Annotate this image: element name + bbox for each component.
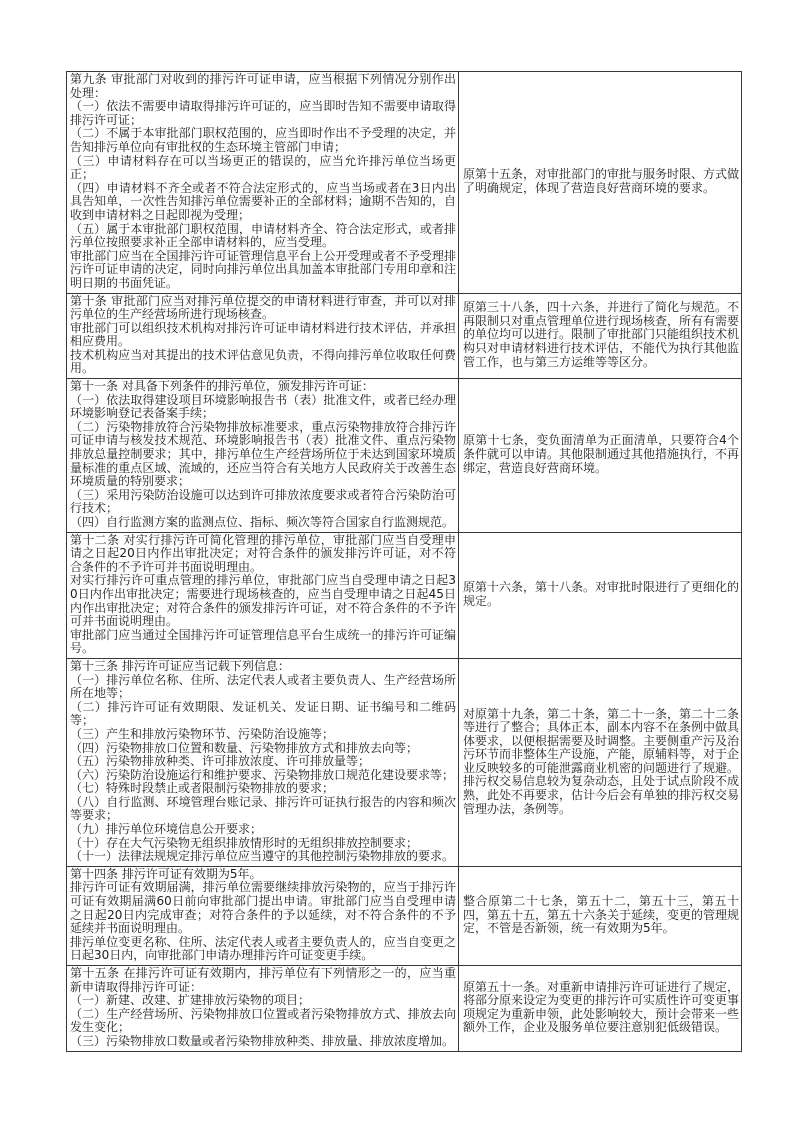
article-paragraph: 审批部门应当通过全国排污许可证管理信息平台生成统一的排污许可证编号。 — [70, 629, 456, 656]
article-paragraph: （四）申请材料不齐全或者不符合法定形式的，应当当场或者在3日内出具告知单，一次性… — [70, 182, 456, 223]
comment-cell: 原第十六条，第十八条。对审批时限进行了更细化的规定。 — [459, 532, 742, 658]
article-paragraph: （一）依法取得建设项目环境影响报告书（表）批准文件，或者已经办理环境影响登记表备… — [70, 394, 456, 421]
article-paragraph: （二）生产经营场所、污染物排放口位置或者污染物排放方式、排放去向发生变化； — [70, 1008, 456, 1035]
article-paragraph: 技术机构应当对其提出的技术评估意见负责，不得向排污单位收取任何费用。 — [70, 349, 456, 376]
comment-text: 整合原第二十七条，第五十二，第五十三，第五十四，第五十五，第五十六条关于延续，变… — [463, 895, 739, 936]
comment-cell: 原第十七条，变负面清单为正面清单，只要符合4个条件就可以申请。其他限制通过其他措… — [459, 379, 742, 533]
comment-text: 原第五十一条。对重新申请排污许可证进行了规定，将部分原来设定为变更的排污许可实质… — [463, 981, 739, 1035]
article-paragraph: （二）不属于本审批部门职权范围的，应当即时作出不予受理的决定，并告知排污单位向有… — [70, 127, 456, 154]
article-paragraph: 排污单位变更名称、住所、法定代表人或者主要负责人的，应当自变更之日起30日内，向… — [70, 936, 456, 963]
article-paragraph: 审批部门可以组织技术机构对排污许可证申请材料进行技术评估，并承担相应费用。 — [70, 322, 456, 349]
comment-text: 原第十六条，第十八条。对审批时限进行了更细化的规定。 — [463, 581, 739, 608]
article-paragraph: （三）采用污染防治设施可以达到许可排放浓度要求或者符合污染防治可行技术； — [70, 489, 456, 516]
article-paragraph: （四）自行监测方案的监测点位、指标、频次等符合国家自行监测规范。 — [70, 516, 456, 530]
article-paragraph: （三）污染物排放口数量或者污染物排放种类、排放量、排放浓度增加。 — [70, 1035, 456, 1049]
article-paragraph: （七）特殊时段禁止或者限制污染物排放的要求； — [70, 782, 456, 796]
article-paragraph: 审批部门应当在全国排污许可证管理信息平台上公开受理或者不予受理排污许可证申请的决… — [70, 250, 456, 291]
article-paragraph: （五）污染物排放种类、许可排放浓度、许可排放量等； — [70, 755, 456, 769]
comment-cell: 整合原第二十七条，第五十二，第五十三，第五十四，第五十五，第五十六条关于延续，变… — [459, 866, 742, 965]
article-paragraph: （二）污染物排放符合污染物排放标准要求，重点污染物排放符合排污许可证申请与核发技… — [70, 421, 456, 489]
comment-text: 原第十七条，变负面清单为正面清单，只要符合4个条件就可以申请。其他限制通过其他措… — [463, 434, 739, 475]
article-cell: 第十条 审批部门应当对排污单位提交的申请材料进行审查，并可以对排污单位的生产经营… — [67, 293, 459, 379]
article-paragraph: 对实行排污许可重点管理的排污单位，审批部门应当自受理申请之日起30日内作出审批决… — [70, 574, 456, 628]
table-row: 第十二条 对实行排污许可简化管理的排污单位，审批部门应当自受理申请之日起20日内… — [67, 532, 742, 658]
comment-text: 原第三十八条，四十六条，并进行了简化与规范。不再限制只对重点管理单位进行现场核查… — [463, 301, 739, 369]
article-paragraph: 第十条 审批部门应当对排污单位提交的申请材料进行审查，并可以对排污单位的生产经营… — [70, 295, 456, 322]
article-cell: 第十三条 排污许可证应当记载下列信息：（一）排污单位名称、住所、法定代表人或者主… — [67, 658, 459, 866]
table-row: 第十四条 排污许可证有效期为5年。排污许可证有效期届满，排污单位需要继续排放污染… — [67, 866, 742, 965]
article-paragraph: （九）排污单位环境信息公开要求； — [70, 823, 456, 837]
comment-cell: 原第五十一条。对重新申请排污许可证进行了规定，将部分原来设定为变更的排污许可实质… — [459, 966, 742, 1052]
article-paragraph: （八）自行监测、环境管理台账记录、排污许可证执行报告的内容和频次等要求； — [70, 796, 456, 823]
article-paragraph: 第十五条 在排污许可证有效期内，排污单位有下列情形之一的，应当重新申请取得排污许… — [70, 967, 456, 994]
article-paragraph: 第十一条 对具备下列条件的排污单位，颁发排污许可证： — [70, 380, 456, 394]
table-row: 第十三条 排污许可证应当记载下列信息：（一）排污单位名称、住所、法定代表人或者主… — [67, 658, 742, 866]
article-paragraph: （一）依法不需要申请取得排污许可证的，应当即时告知不需要申请取得排污许可证； — [70, 100, 456, 127]
article-cell: 第十四条 排污许可证有效期为5年。排污许可证有效期届满，排污单位需要继续排放污染… — [67, 866, 459, 965]
article-cell: 第十一条 对具备下列条件的排污单位，颁发排污许可证：（一）依法取得建设项目环境影… — [67, 379, 459, 533]
article-paragraph: （一）排污单位名称、住所、法定代表人或者主要负责人、生产经营场所所在地等； — [70, 674, 456, 701]
article-paragraph: （三）申请材料存在可以当场更正的错误的，应当允许排污单位当场更正； — [70, 155, 456, 182]
article-paragraph: （二）排污许可证有效期限、发证机关、发证日期、证书编号和二维码等； — [70, 701, 456, 728]
article-cell: 第十五条 在排污许可证有效期内，排污单位有下列情形之一的，应当重新申请取得排污许… — [67, 966, 459, 1052]
article-paragraph: （十一）法律法规规定排污单位应当遵守的其他控制污染物排放的要求。 — [70, 850, 456, 864]
article-cell: 第十二条 对实行排污许可简化管理的排污单位，审批部门应当自受理申请之日起20日内… — [67, 532, 459, 658]
table-row: 第十一条 对具备下列条件的排污单位，颁发排污许可证：（一）依法取得建设项目环境影… — [67, 379, 742, 533]
document-page: 第九条 审批部门对收到的排污许可证申请，应当根据下列情况分别作出处理：（一）依法… — [0, 0, 800, 1131]
article-paragraph: 第九条 审批部门对收到的排污许可证申请，应当根据下列情况分别作出处理： — [70, 73, 456, 100]
comment-cell: 原第十五条，对审批部门的审批与服务时限、方式做了明确规定，体现了营造良好营商环境… — [459, 72, 742, 294]
table-row: 第十条 审批部门应当对排污单位提交的申请材料进行审查，并可以对排污单位的生产经营… — [67, 293, 742, 379]
table-body: 第九条 审批部门对收到的排污许可证申请，应当根据下列情况分别作出处理：（一）依法… — [67, 72, 742, 1052]
article-paragraph: （一）新建、改建、扩建排放污染物的项目； — [70, 994, 456, 1008]
article-paragraph: （三）产生和排放污染物环节、污染防治设施等； — [70, 728, 456, 742]
comment-cell: 对原第十九条，第二十条，第二十一条，第二十二条等进行了整合；具体正本，副本内容不… — [459, 658, 742, 866]
article-paragraph: （五）属于本审批部门职权范围，申请材料齐全、符合法定形式，或者排污单位按照要求补… — [70, 223, 456, 250]
article-paragraph: 排污许可证有效期届满，排污单位需要继续排放污染物的，应当于排污许可证有效期届满6… — [70, 881, 456, 935]
comment-cell: 原第三十八条，四十六条，并进行了简化与规范。不再限制只对重点管理单位进行现场核查… — [459, 293, 742, 379]
article-cell: 第九条 审批部门对收到的排污许可证申请，应当根据下列情况分别作出处理：（一）依法… — [67, 72, 459, 294]
article-paragraph: 第十二条 对实行排污许可简化管理的排污单位，审批部门应当自受理申请之日起20日内… — [70, 534, 456, 575]
comment-text: 原第十五条，对审批部门的审批与服务时限、方式做了明确规定，体现了营造良好营商环境… — [463, 168, 739, 195]
comment-text: 对原第十九条，第二十条，第二十一条，第二十二条等进行了整合；具体正本，副本内容不… — [463, 708, 739, 817]
article-paragraph: 第十三条 排污许可证应当记载下列信息： — [70, 660, 456, 674]
table-row: 第九条 审批部门对收到的排污许可证申请，应当根据下列情况分别作出处理：（一）依法… — [67, 72, 742, 294]
table-row: 第十五条 在排污许可证有效期内，排污单位有下列情形之一的，应当重新申请取得排污许… — [67, 966, 742, 1052]
regulation-comparison-table: 第九条 审批部门对收到的排污许可证申请，应当根据下列情况分别作出处理：（一）依法… — [66, 71, 742, 1052]
